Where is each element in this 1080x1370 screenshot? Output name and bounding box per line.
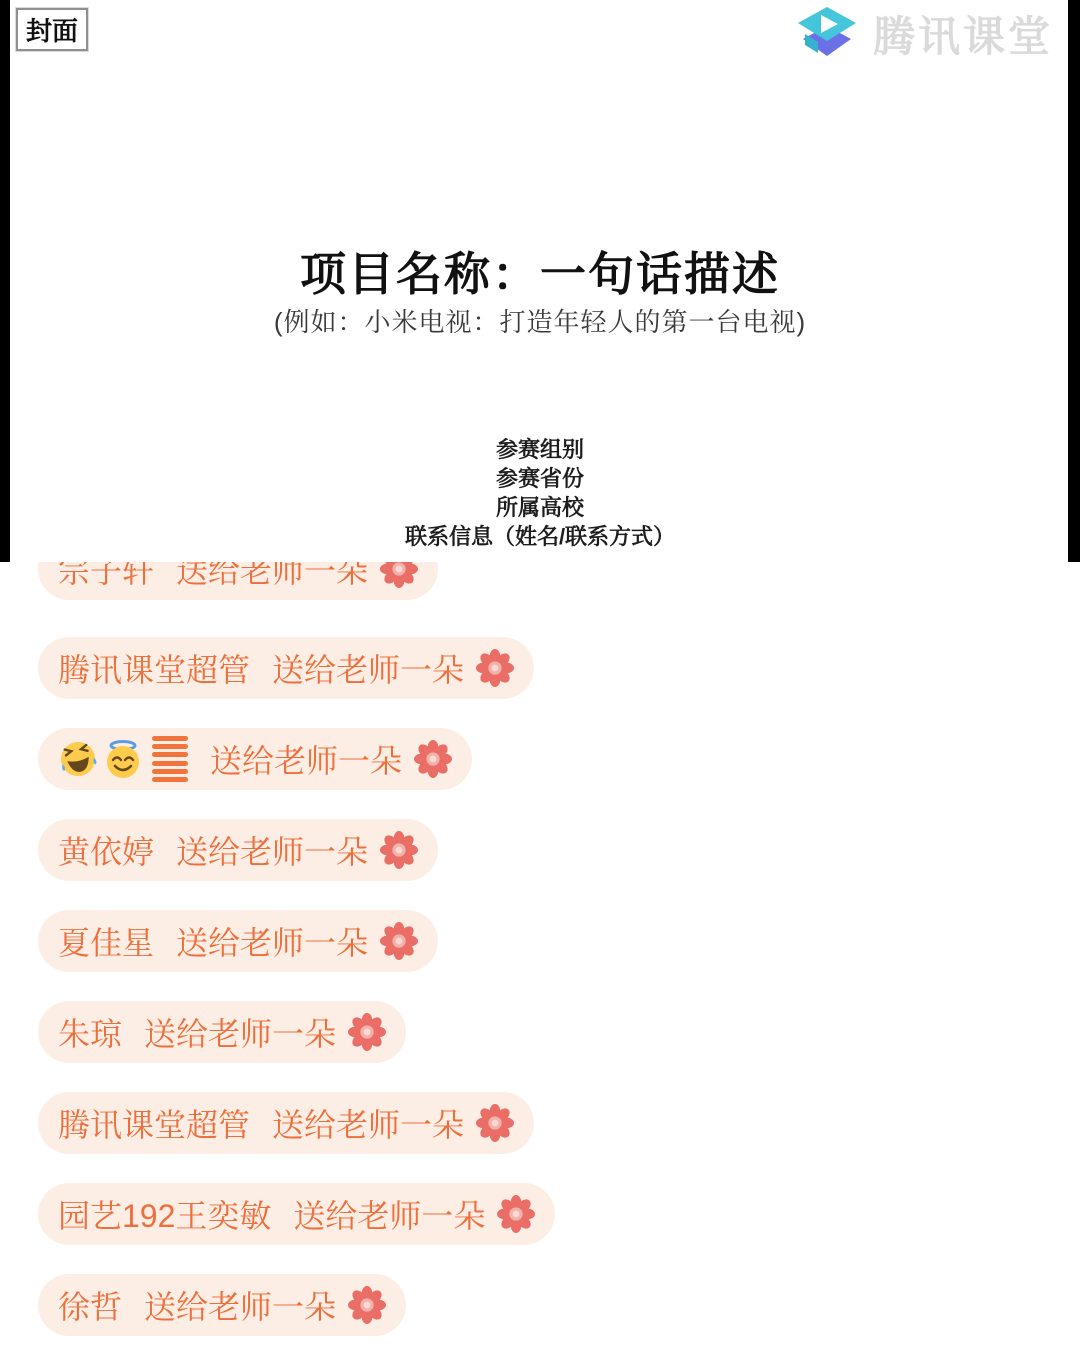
info-line-contact: 联系信息（姓名/联系方式） [0,522,1080,551]
flower-icon [380,831,418,869]
message-action-text: 送给老师一朵 [210,736,402,782]
message-action-text: 送给老师一朵 [293,1191,485,1237]
message-action-text: 送给老师一朵 [176,827,368,873]
flower-icon [476,649,514,687]
slide-info-block: 参赛组别 参赛省份 所属高校 联系信息（姓名/联系方式） [0,435,1080,551]
halo-emoji [103,739,143,779]
message-action-text: 送给老师一朵 [272,645,464,691]
brand-watermark: 腾讯课堂 [795,4,1053,64]
chat-message-bubble: 送给老师一朵 [38,728,472,790]
list-bars-icon [152,736,188,782]
slide-corner-label: 封面 [16,8,88,51]
message-action-text: 送给老师一朵 [176,918,368,964]
tencent-classroom-logo-icon [795,6,859,62]
sender-name: 黄依婷 [58,827,154,873]
info-line-province: 参赛省份 [0,464,1080,493]
chat-message-bubble: 黄依婷 送给老师一朵 [38,819,438,881]
chat-message-bubble: 园艺192王奕敏 送给老师一朵 [38,1183,555,1245]
slide-subtitle: (例如：小米电视：打造年轻人的第一台电视) [0,302,1080,339]
chat-message-bubble: 腾讯课堂超管 送给老师一朵 [38,637,534,699]
sender-name: 腾讯课堂超管 [58,645,250,691]
flower-icon [414,740,452,778]
slide-title: 项目名称：一句话描述 [0,238,1080,304]
sender-name: 腾讯课堂超管 [58,1100,250,1146]
message-action-text: 送给老师一朵 [272,1100,464,1146]
info-line-university: 所属高校 [0,493,1080,522]
message-action-text: 送给老师一朵 [144,1282,336,1328]
chat-message-bubble: 朱琼 送给老师一朵 [38,1001,406,1063]
chat-message-bubble: 夏佳星 送给老师一朵 [38,910,438,972]
sender-name: 夏佳星 [58,918,154,964]
chat-message-bubble: 徐哲 送给老师一朵 [38,1274,406,1336]
flower-icon [476,1104,514,1142]
flower-icon [348,1286,386,1324]
flower-icon [348,1013,386,1051]
sender-name: 园艺192王奕敏 [58,1191,271,1237]
sender-name: 徐哲 [58,1282,122,1328]
info-line-group: 参赛组别 [0,435,1080,464]
brand-name: 腾讯课堂 [873,4,1053,64]
rofl-emoji [58,739,98,779]
sender-name: 朱琼 [58,1009,122,1055]
message-action-text: 送给老师一朵 [144,1009,336,1055]
flower-icon [497,1195,535,1233]
chat-overlay: 宗子轩 送给老师一朵 腾讯课堂超管 送给老师一朵 [38,538,555,1365]
page: 封面 腾讯课堂 项目名称：一句话描述 (例如：小米电视：打造年轻人的第一台电视)… [0,0,1080,1370]
slide-area: 封面 腾讯课堂 项目名称：一句话描述 (例如：小米电视：打造年轻人的第一台电视)… [0,0,1080,562]
flower-icon [380,922,418,960]
chat-message-bubble: 腾讯课堂超管 送给老师一朵 [38,1092,534,1154]
